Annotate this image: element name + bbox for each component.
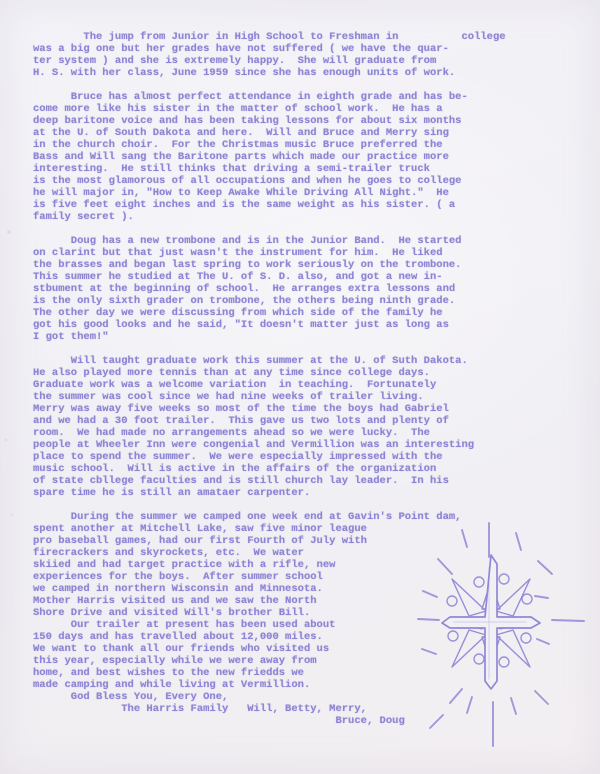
star-cross-ornament-icon — [412, 517, 597, 769]
rays — [418, 523, 584, 746]
letter-page: The jump from Junior in High School to F… — [0, 0, 600, 774]
paragraph-bruce: Bruce has almost perfect attendance in e… — [33, 91, 506, 223]
paragraph-will: Will taught graduate work this summer at… — [33, 355, 506, 499]
paragraph-jump-to-college: The jump from Junior in High School to F… — [33, 31, 506, 79]
paragraph-doug: Doug has a new trombone and is in the Ju… — [33, 235, 506, 343]
